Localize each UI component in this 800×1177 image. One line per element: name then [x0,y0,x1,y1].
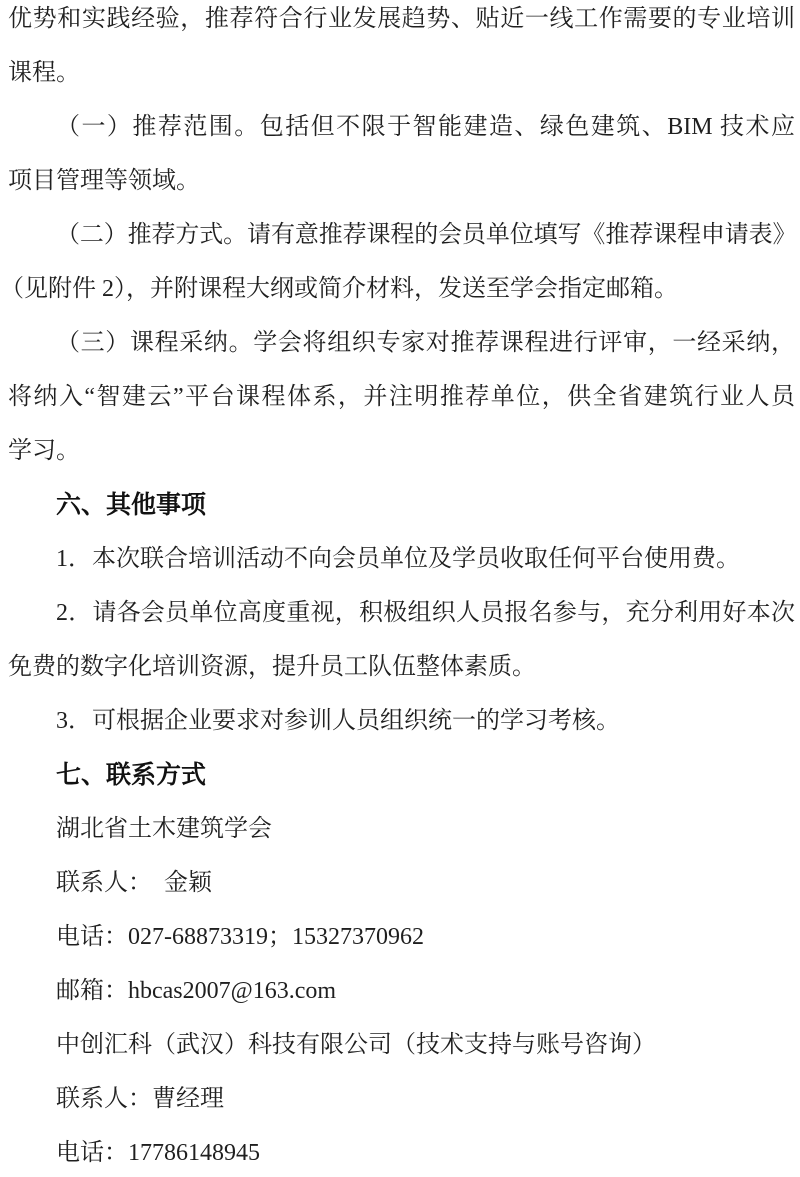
para-other-item3: 3．可根据企业要求对参训人员组织统一的学习考核。 [8,694,795,748]
contact-company: 中创汇科（武汉）科技有限公司（技术支持与账号咨询） [8,1018,795,1072]
contact-person-2: 联系人：曹经理 [8,1072,795,1126]
para-item3-line1: （三）课程采纳。学会将组织专家对推荐课程进行评审，一经采纳， [8,316,795,370]
contact-person: 联系人： 金颖 [8,856,795,910]
para-item3-line2: 将纳入“智建云”平台课程体系，并注明推荐单位，供全省建筑行业人员 [8,370,795,424]
para-item1-line2: 项目管理等领域。 [8,154,795,208]
para-item1-line1: （一）推荐范围。包括但不限于智能建造、绿色建筑、BIM 技术应用、 [8,100,795,154]
para-item2-line2: （见附件 2），并附课程大纲或简介材料，发送至学会指定邮箱。 [0,262,795,316]
para-item3-line3: 学习。 [8,424,795,478]
para-item2-line1: （二）推荐方式。请有意推荐课程的会员单位填写《推荐课程申请表》 [8,208,795,262]
document-page: 优势和实践经验，推荐符合行业发展趋势、贴近一线工作需要的专业培训 课程。 （一）… [0,0,800,1177]
para-intro-line2: 课程。 [8,46,795,100]
contact-phone: 电话：027-68873319；15327370962 [8,910,795,964]
para-other-item2-line2: 免费的数字化培训资源，提升员工队伍整体素质。 [8,640,795,694]
para-other-item1: 1．本次联合培训活动不向会员单位及学员收取任何平台使用费。 [8,532,795,586]
para-intro-line1: 优势和实践经验，推荐符合行业发展趋势、贴近一线工作需要的专业培训 [8,0,795,46]
para-other-item2-line1: 2．请各会员单位高度重视，积极组织人员报名参与，充分利用好本次 [8,586,795,640]
heading-section-7: 七、联系方式 [8,748,795,802]
contact-email: 邮箱：hbcas2007@163.com [8,964,795,1018]
contact-org-name: 湖北省土木建筑学会 [8,802,795,856]
heading-section-6: 六、其他事项 [8,478,795,532]
contact-phone-2: 电话：17786148945 [8,1126,795,1177]
